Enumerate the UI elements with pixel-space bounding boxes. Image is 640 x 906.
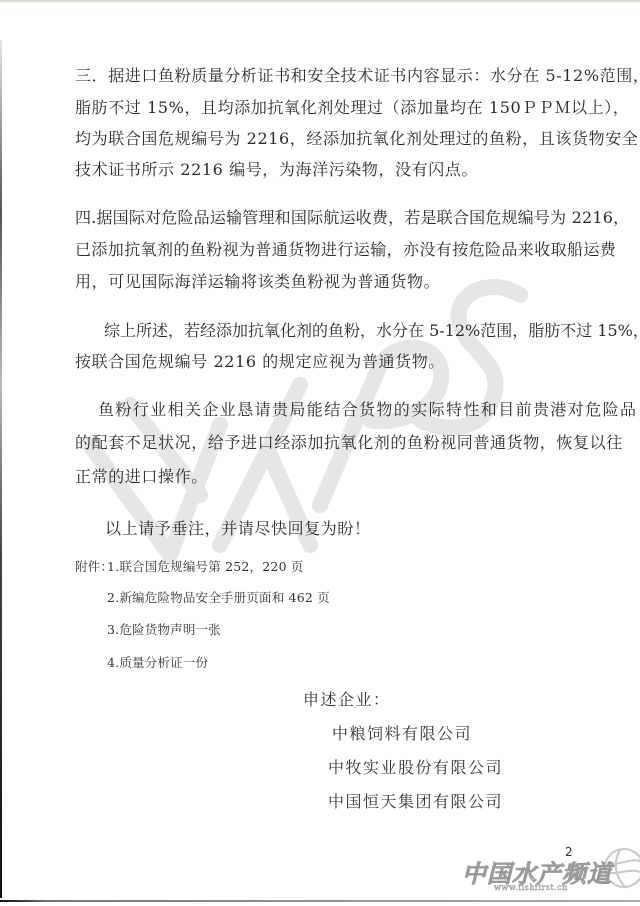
attachment-item-3: 3.危险货物声明一张 — [107, 621, 221, 639]
paragraph-3-line-2: 脂肪不过 15%，且均添加抗氧化剂处理过（添加量均在 150ＰＰＭ以上）， — [75, 99, 629, 117]
closing-line: 以上请予垂注，并请尽快回复为盼！ — [105, 520, 371, 538]
paragraph-4-line-2: 已添加抗氧剂的鱼粉视为普通货物进行运输，亦没有按危险品来收取船运费 — [75, 241, 616, 259]
scan-top-shadow — [0, 0, 640, 4]
paragraph-4-line-1: 四.据国际对危险品运输管理和国际航运收费，若是联合国危规编号为 2216， — [75, 209, 629, 227]
site-logo-url: www.fishfirst.cn — [494, 883, 568, 892]
scan-bottom-edge — [0, 900, 640, 902]
attachment-item-2: 2.新编危险物品安全手册页面和 462 页 — [107, 589, 330, 607]
summary-line-1: 综上所述，若经添加抗氧化剂的鱼粉，水分在 5-12%范围，脂肪不过 15%， — [104, 322, 640, 340]
paragraph-3-line-3: 均为联合国危规编号为 2216，经添加抗氧化剂处理过的鱼粉，且该货物安全 — [75, 130, 638, 148]
paragraph-3-line-4: 技术证书所示 2216 编号，为海洋污染物，没有闪点。 — [75, 161, 478, 179]
paragraph-3-line-1: 三．据进口鱼粉质量分析证书和安全技术证书内容显示：水分在 5-12%范围， — [75, 67, 640, 85]
attachment-item-4: 4.质量分析证一份 — [107, 654, 208, 672]
paragraph-4-line-3: 用，可见国际海洋运输将该类鱼粉视为普通货物。 — [75, 273, 440, 291]
signature-company-2: 中牧实业股份有限公司 — [328, 759, 503, 777]
scan-left-edge — [0, 40, 2, 898]
request-line-3: 正常的进口操作。 — [75, 468, 208, 486]
request-line-2: 的配套不足状况，给予进口经添加抗氧化剂的鱼粉视同普通货物，恢复以往 — [75, 434, 623, 452]
signature-company-1: 中粮饲料有限公司 — [332, 725, 472, 743]
site-watermark-logo: 中国水产频道 www.fishfirst.cn — [460, 852, 640, 898]
summary-line-2: 按联合国危规编号 2216 的规定应视为普通货物。 — [75, 353, 445, 371]
request-line-1: 鱼粉行业相关企业恳请贵局能结合货物的实际特性和目前贵港对危险品 — [98, 401, 637, 419]
attachment-item-1: 1.联合国危规编号第 252，220 页 — [107, 558, 304, 576]
signature-heading: 申述企业： — [303, 691, 391, 709]
signature-company-3: 中国恒天集团有限公司 — [328, 793, 503, 811]
